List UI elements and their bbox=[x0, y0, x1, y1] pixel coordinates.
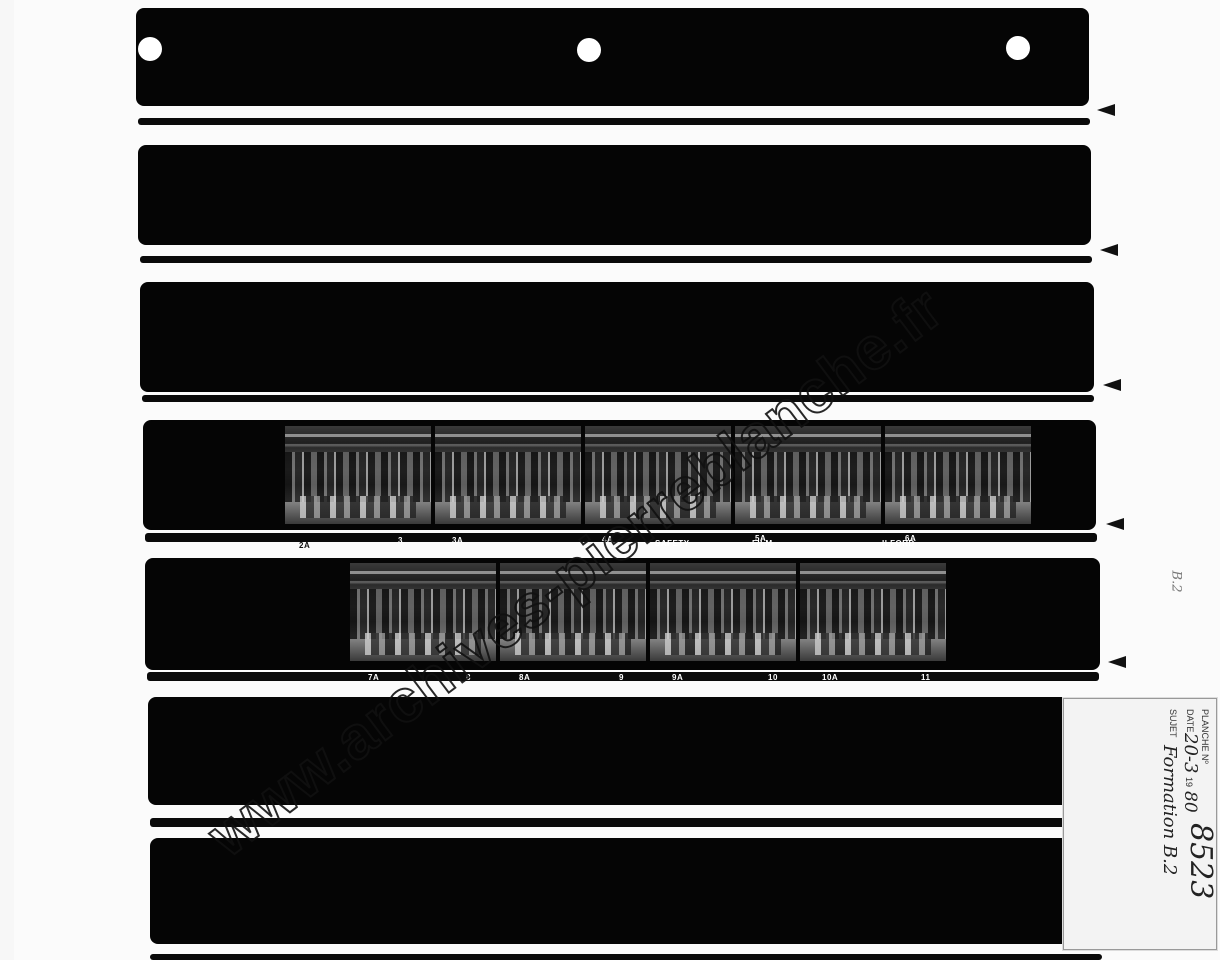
triangle-marker-icon bbox=[1100, 244, 1118, 256]
photo-frame[interactable] bbox=[650, 563, 796, 661]
sleeve-divider bbox=[140, 256, 1092, 263]
edge-marking: 10A bbox=[822, 673, 838, 682]
sleeve-divider bbox=[138, 118, 1090, 125]
planche-label: PLANCHE Nº bbox=[1200, 709, 1210, 764]
photo-frame[interactable] bbox=[800, 563, 946, 661]
edge-marking: 10 bbox=[768, 673, 778, 682]
sleeve-divider bbox=[150, 954, 1102, 960]
triangle-marker-icon bbox=[1108, 656, 1126, 668]
photo-frame[interactable] bbox=[285, 426, 431, 524]
planche-number: 8523 bbox=[1183, 823, 1218, 899]
year-value: 80 bbox=[1180, 791, 1200, 813]
edge-marking: 8A bbox=[519, 673, 530, 682]
photo-frame[interactable] bbox=[435, 426, 581, 524]
film-strip-7 bbox=[150, 838, 1105, 944]
edge-marking: 9A bbox=[672, 673, 683, 682]
edge-marking: 9 bbox=[619, 673, 624, 682]
punch-hole-center bbox=[577, 38, 601, 62]
date-label: DATE bbox=[1185, 709, 1195, 732]
sujet-value: Formation B.2 bbox=[1159, 745, 1180, 875]
edge-marking: 3 bbox=[398, 536, 403, 545]
film-strip-1 bbox=[136, 8, 1089, 106]
photo-frame[interactable] bbox=[885, 426, 1031, 524]
sleeve-divider bbox=[142, 395, 1094, 402]
film-strip-2 bbox=[138, 145, 1091, 245]
year-prefix: 19 bbox=[1184, 777, 1194, 787]
edge-marking: 11 bbox=[921, 673, 930, 682]
triangle-marker-icon bbox=[1106, 518, 1124, 530]
punch-hole-right bbox=[1006, 36, 1030, 60]
triangle-marker-icon bbox=[1097, 104, 1115, 116]
edge-marking: 3A bbox=[452, 536, 463, 545]
label-content: PLANCHE Nº DATE 20-3 19 80 8523 SUJET Fo… bbox=[1072, 705, 1212, 945]
sujet-label: SUJET bbox=[1168, 709, 1178, 738]
triangle-marker-icon bbox=[1103, 379, 1121, 391]
edge-marking: ILFORD bbox=[882, 539, 915, 548]
side-note: B.2 bbox=[1168, 571, 1183, 593]
film-strip-3 bbox=[140, 282, 1094, 392]
date-value: 20-3 bbox=[1180, 733, 1201, 773]
edge-marking: 2A bbox=[299, 541, 310, 550]
punch-hole-left bbox=[138, 37, 162, 61]
edge-marking: FILM bbox=[752, 539, 773, 548]
